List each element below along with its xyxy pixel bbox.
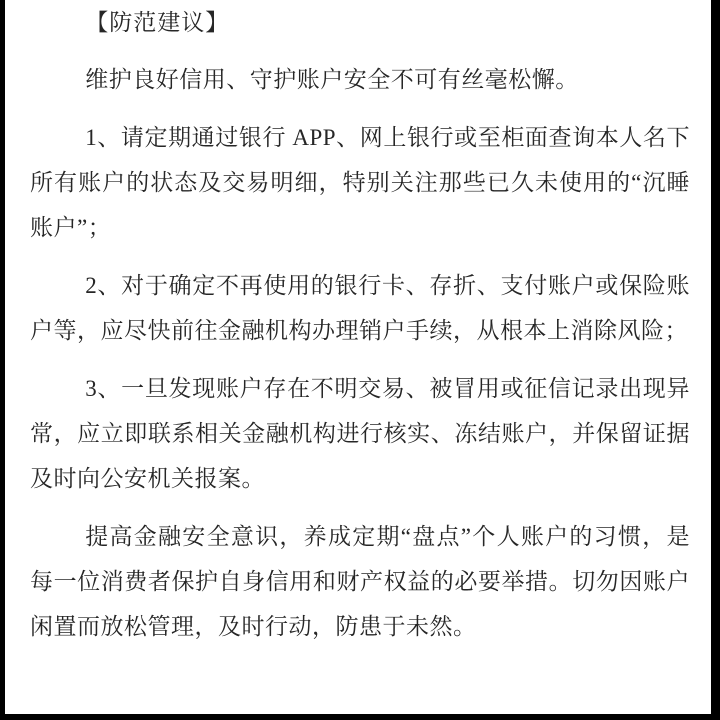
bottom-edge-bar: [0, 714, 720, 720]
paragraph-advice-1: 1、请定期通过银行 APP、网上银行或至柜面查询本人名下所有账户的状态及交易明细…: [30, 115, 690, 250]
paragraph-intro: 维护良好信用、守护账户安全不可有丝毫松懈。: [30, 57, 690, 102]
paragraph-advice-2: 2、对于确定不再使用的银行卡、存折、支付账户或保险账户等，应尽快前往金融机构办理…: [30, 263, 690, 353]
paragraph-conclusion: 提高金融安全意识，养成定期“盘点”个人账户的习惯，是每一位消费者保护自身信用和财…: [30, 514, 690, 649]
left-edge-bar: [0, 0, 5, 720]
section-heading-prevention-advice: 【防范建议】: [30, 0, 690, 45]
document-page: 【防范建议】 维护良好信用、守护账户安全不可有丝毫松懈。 1、请定期通过银行 A…: [0, 0, 720, 720]
paragraph-advice-3: 3、一旦发现账户存在不明交易、被冒用或征信记录出现异常，应立即联系相关金融机构进…: [30, 366, 690, 501]
document-content: 【防范建议】 维护良好信用、守护账户安全不可有丝毫松懈。 1、请定期通过银行 A…: [30, 0, 690, 662]
right-edge-bar: [711, 0, 720, 720]
